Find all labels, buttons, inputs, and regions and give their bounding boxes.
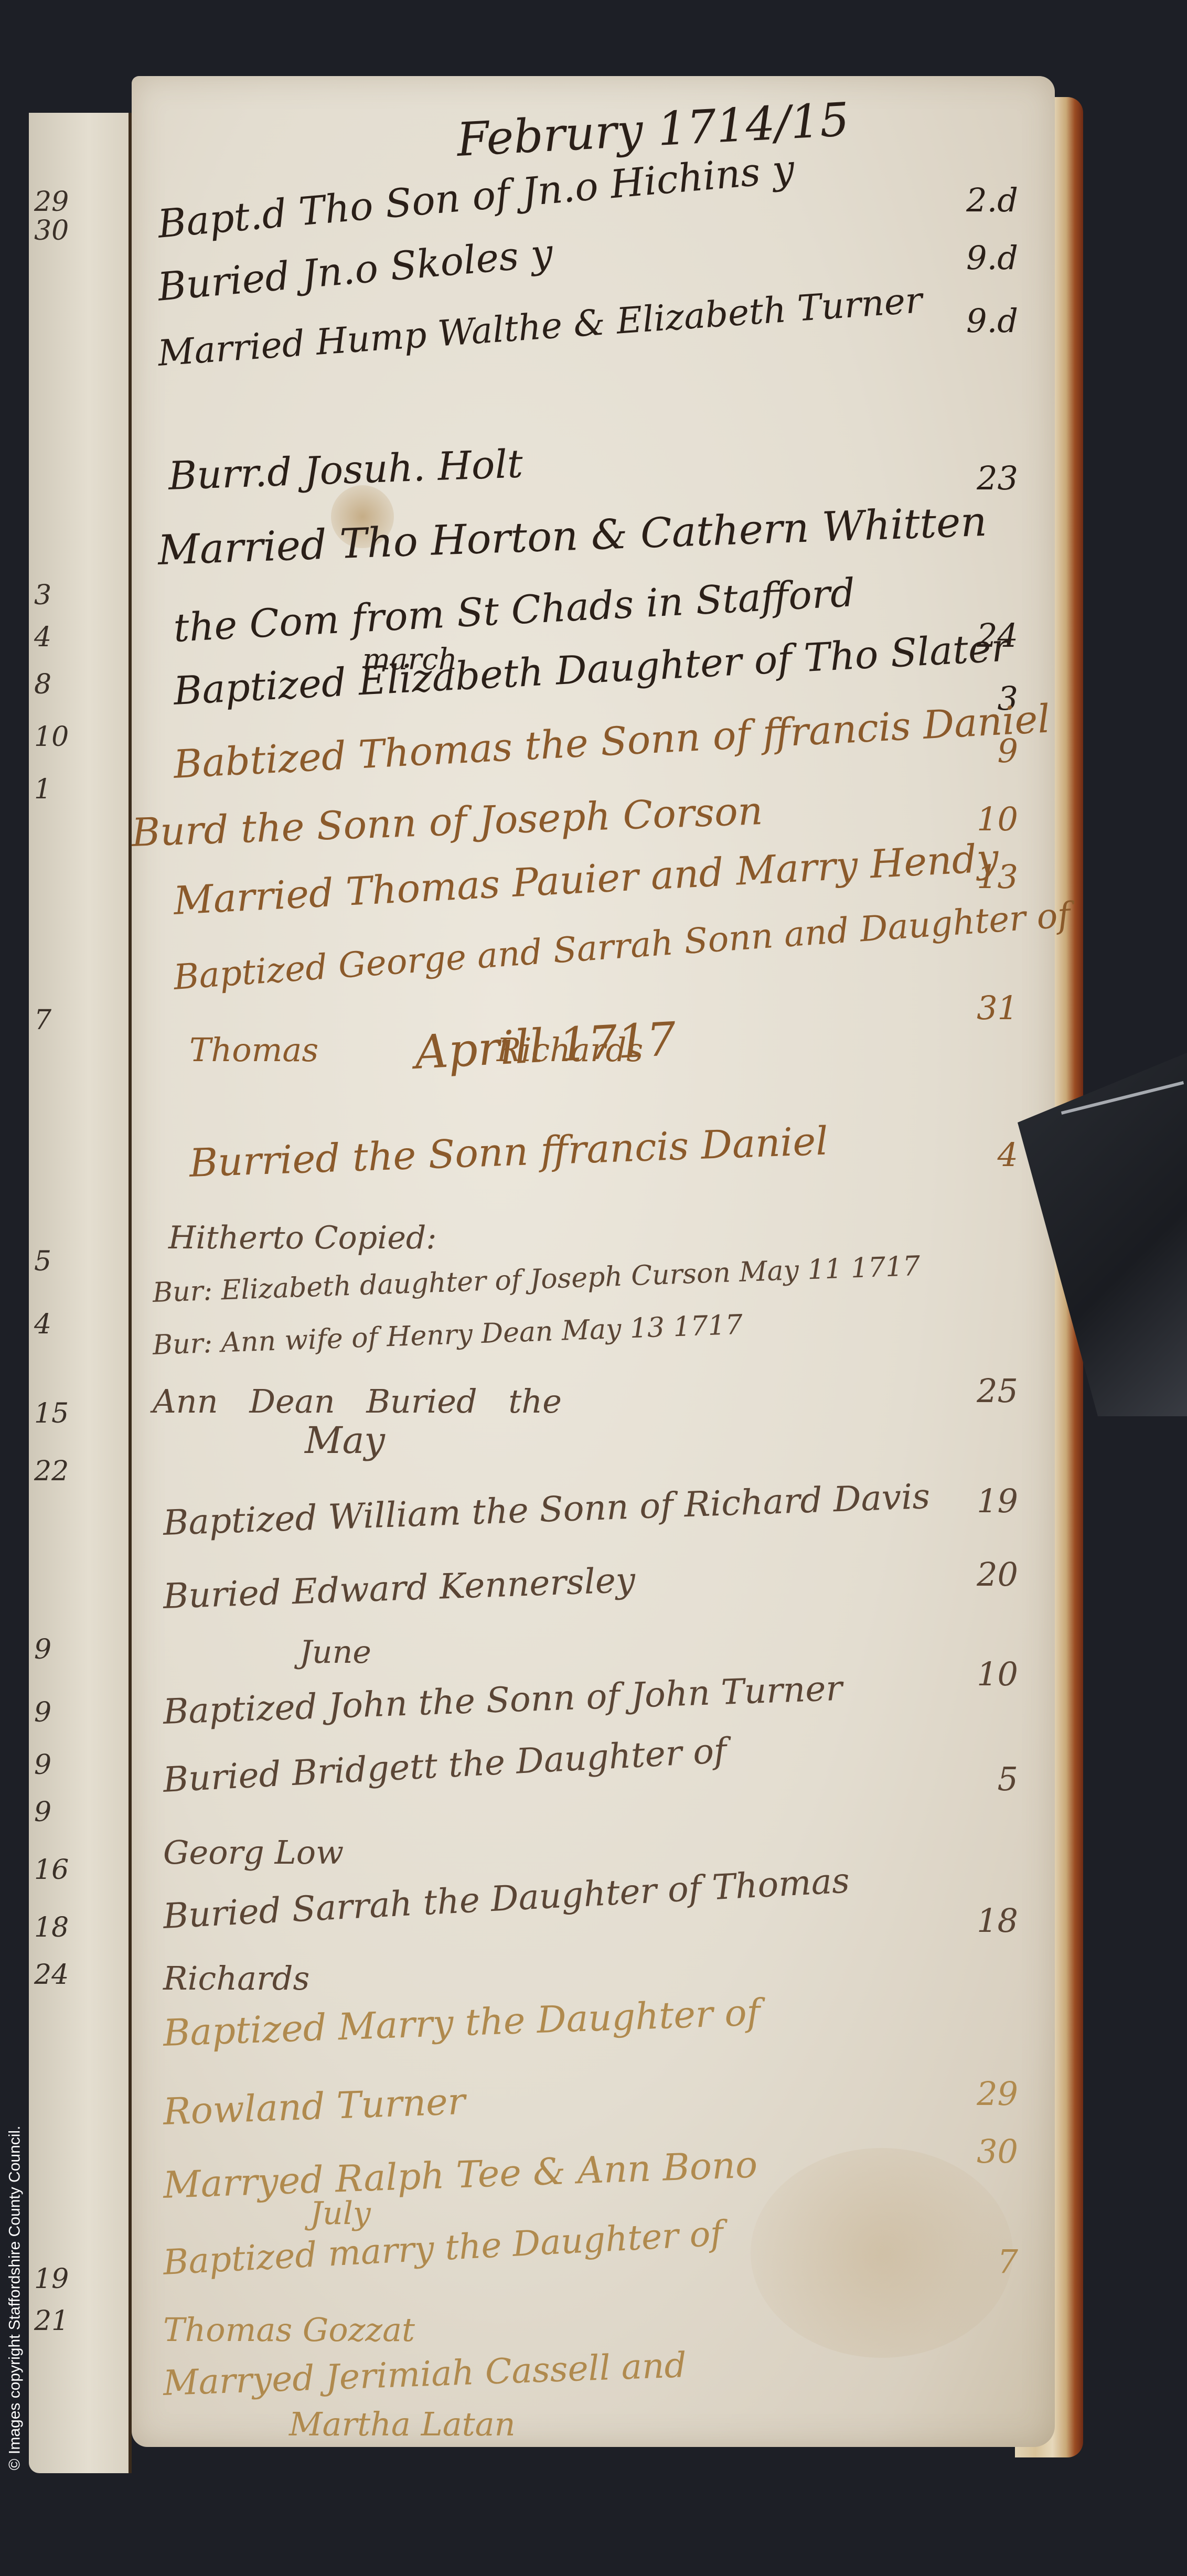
register-entry: Baptized William the Sonn of Richard Dav… <box>163 1476 931 1543</box>
margin-number: 9 <box>34 1749 51 1781</box>
month-heading: Aprill 1717 <box>413 1012 677 1079</box>
margin-number: 3 <box>34 580 51 611</box>
register-entry: Thomas Gozzat <box>163 2311 415 2349</box>
margin-number: 24 <box>34 1959 69 1991</box>
margin-number: 16 <box>34 1854 69 1886</box>
left-page: 29 30 3 4 8 10 1 7 5 4 15 22 9 9 9 9 16 … <box>29 113 132 2473</box>
register-entry: Buried Bridgett the Daughter of <box>162 1730 728 1800</box>
copyright-notice: © Images copyright Staffordshire County … <box>2 2041 27 2555</box>
entry-date: 5 <box>998 1760 1018 1798</box>
register-entry: Hitherto Copied: <box>168 1220 437 1256</box>
register-entry: Bur: Elizabeth daughter of Joseph Curson… <box>152 1250 921 1309</box>
margin-number: 15 <box>34 1398 69 1429</box>
margin-number: 4 <box>34 1309 51 1340</box>
register-entry: Baptized John the Sonn of John Turner <box>163 1668 843 1732</box>
right-page: Februry 1714/15 Bapt.d Tho Son of Jn.o H… <box>132 76 1055 2447</box>
register-entry: Marryed Jerimiah Cassell and <box>163 2345 687 2403</box>
entry-date: 2.d <box>966 181 1018 219</box>
register-entry: Babtized Thomas the Sonn of ffrancis Dan… <box>173 697 1051 787</box>
entry-date: 23 <box>977 459 1018 497</box>
entry-date: 20 <box>977 1555 1018 1594</box>
left-page-margin-numbers: 29 30 3 4 8 10 1 7 5 4 15 22 9 9 9 9 16 … <box>29 113 123 2473</box>
entry-date: 31 <box>977 989 1018 1027</box>
register-entry: Rowland Turner <box>163 2080 466 2133</box>
margin-number: 1 <box>34 774 51 805</box>
register-entry: Baptized marry the Daughter of <box>162 2213 724 2283</box>
register-entry: Richards <box>163 1959 309 1997</box>
margin-number: 22 <box>34 1456 69 1487</box>
entry-date: 30 <box>977 2132 1018 2171</box>
entry-date: 19 <box>977 1482 1018 1520</box>
water-stain <box>751 2148 1013 2358</box>
entry-date: 9 <box>998 732 1018 770</box>
entry-date: 29 <box>977 2075 1018 2113</box>
entry-date: 13 <box>977 858 1018 896</box>
register-entry: Burd the Sonn of Joseph Corson <box>131 788 763 856</box>
margin-number: 19 <box>34 2263 69 2295</box>
entry-date: 7 <box>998 2242 1018 2281</box>
entry-date: 18 <box>977 1901 1018 1940</box>
margin-number: 10 <box>34 721 69 753</box>
register-entry: Burried the Sonn ffrancis Daniel <box>188 1119 829 1186</box>
month-heading: June <box>300 1634 371 1671</box>
register-entry: Married Tho Horton & Cathern Whitten <box>157 498 987 574</box>
entry-date: 10 <box>977 800 1018 838</box>
month-heading: May <box>305 1419 385 1462</box>
register-entry: Georg Low <box>163 1833 344 1872</box>
register-entry: Baptized Marry the Daughter of <box>163 1991 761 2055</box>
margin-number: 4 <box>34 622 51 653</box>
register-entry: Marryed Ralph Tee & Ann Bono <box>163 2143 758 2207</box>
parish-register-book: 29 30 3 4 8 10 1 7 5 4 15 22 9 9 9 9 16 … <box>29 76 1130 2468</box>
entry-date: 25 <box>977 1372 1018 1410</box>
register-entry: Ann Dean Buried the <box>153 1382 562 1420</box>
margin-number: 5 <box>34 1246 51 1277</box>
register-entry: Burr.d Josuh. Holt <box>167 441 523 499</box>
entry-date: 9.d <box>966 302 1018 340</box>
margin-number: 7 <box>34 1004 51 1036</box>
register-entry: Buried Jn.o Skoles y <box>156 230 554 310</box>
margin-number: 21 <box>34 2305 69 2337</box>
margin-number: 9 <box>34 1634 51 1665</box>
entry-date: 4 <box>998 1136 1018 1174</box>
copyright-text: © Images copyright Staffordshire County … <box>6 2126 24 2471</box>
margin-number: 18 <box>34 1912 69 1943</box>
register-entry: Buried Edward Kennersley <box>163 1560 636 1617</box>
month-heading: July <box>310 2195 371 2232</box>
register-entry: Bur: Ann wife of Henry Dean May 13 1717 <box>152 1309 743 1361</box>
margin-number: 8 <box>34 669 51 700</box>
margin-number: 30 <box>34 215 69 247</box>
margin-number: 9 <box>34 1697 51 1728</box>
register-entry: Buried Sarrah the Daughter of Thomas <box>162 1860 851 1936</box>
margin-number: 9 <box>34 1797 51 1828</box>
margin-number: 29 <box>34 186 69 218</box>
entry-date: 9.d <box>966 239 1018 277</box>
register-entry: Martha Latan <box>289 2405 516 2443</box>
entry-date: 10 <box>977 1655 1018 1693</box>
